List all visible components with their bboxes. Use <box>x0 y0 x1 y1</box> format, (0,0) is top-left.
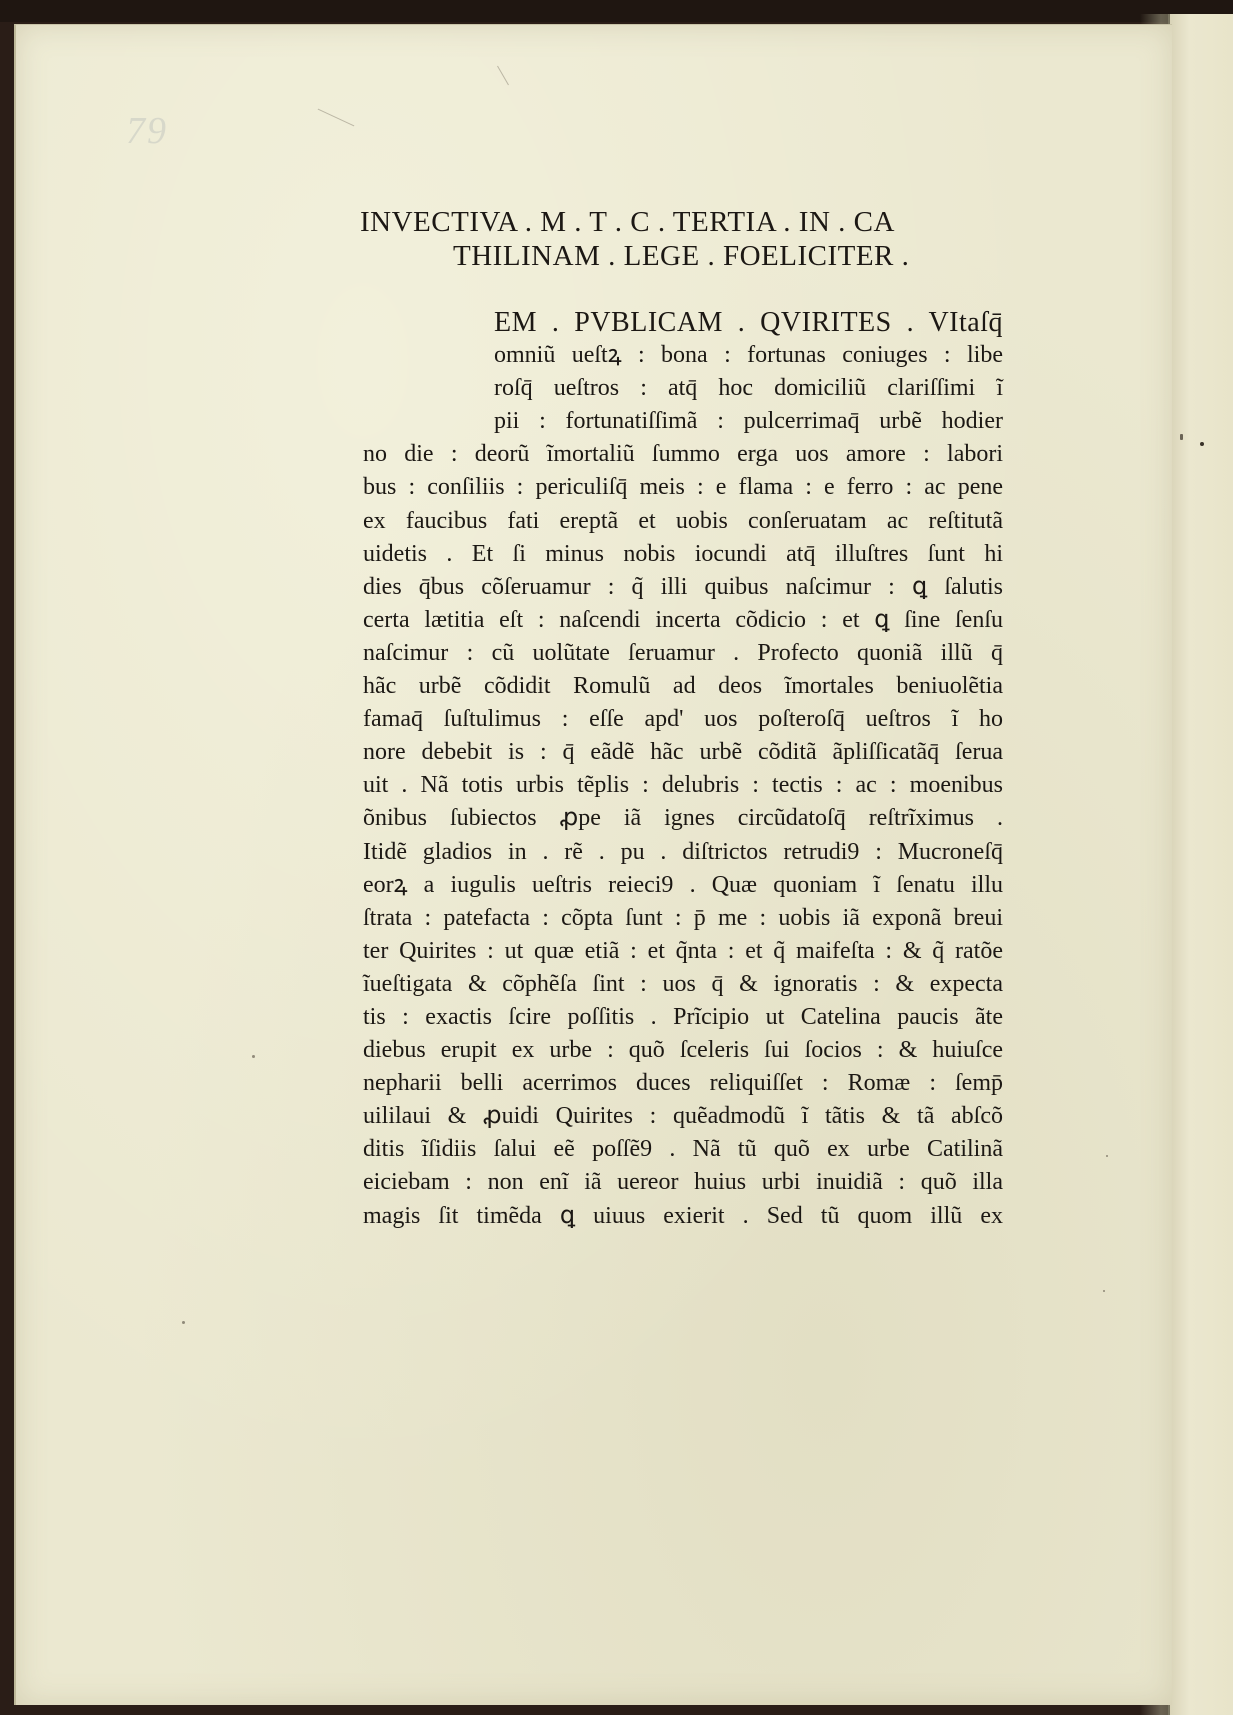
text-line: dies q̄bus cõſeruamur : q̃ illi quibus n… <box>363 571 1003 604</box>
title-line-2: THILINAM . LEGE . FOELICITER . <box>360 239 909 273</box>
title-line-1: INVECTIVA . M . T . C . TERTIA . IN . CA <box>360 205 909 239</box>
text-line: uit . Nã totis urbis tẽplis : delubris :… <box>363 769 1003 802</box>
text-line: magis ſit timẽda ꝗ uiuus exierit . Sed t… <box>363 1200 1003 1233</box>
text-line: ter Quirites : ut quæ etiã : et q̃nta : … <box>363 935 1003 968</box>
text-line: eorꝝ a iugulis ueſtris reieci9 . Quæ quo… <box>363 869 1003 902</box>
page-speck <box>1103 1290 1105 1292</box>
text-line: famaq̄ ſuſtulimus : eſſe apd' uos poſter… <box>363 703 1003 736</box>
text-line: uidetis . Et ſi minus nobis iocundi atq̄… <box>363 538 1003 571</box>
text-line: eiciebam : non enĩ iã uereor huius urbi … <box>363 1166 1003 1199</box>
scan-top-edge <box>0 0 1233 22</box>
text-line: pii : fortunatiſſimã : pulcerrimaq̄ urbẽ… <box>494 405 1003 438</box>
text-line: EM . PVBLICAM . QVIRITES . VItaſq̄ <box>494 306 1003 339</box>
page-speck <box>182 1321 185 1324</box>
page-speck <box>1180 434 1183 440</box>
page-speck <box>1200 442 1204 446</box>
paper-scratch <box>497 66 509 86</box>
text-line: certa lætitia eſt : naſcendi incerta cõd… <box>363 604 1003 637</box>
facing-page-edge <box>1168 14 1233 1715</box>
text-line: tis : exactis ſcire poſſitis . Prĩcipio … <box>363 1001 1003 1034</box>
text-line: omniũ ueſtꝝ : bona : fortunas coniuges :… <box>494 339 1003 372</box>
text-line: bus : conſiliis : periculiſq̄ meis : e f… <box>363 471 1003 504</box>
text-line: naſcimur : cũ uolũtate ſeruamur . Profec… <box>363 637 1003 670</box>
page-speck <box>252 1055 255 1058</box>
paper-scratch <box>318 109 355 127</box>
text-line: ĩueſtigata & cõphẽſa ſint : uos q̄ & ign… <box>363 968 1003 1001</box>
body-text-block: EM . PVBLICAM . QVIRITES . VItaſq̄ omniũ… <box>363 306 1003 1233</box>
text-line: ditis ĩſidiis ſalui eẽ poſſẽ9 . Nã tũ qu… <box>363 1133 1003 1166</box>
text-line: Itidẽ gladios in . rẽ . pu . diſtrictos … <box>363 836 1003 869</box>
page-speck <box>1106 1155 1108 1157</box>
page-title: INVECTIVA . M . T . C . TERTIA . IN . CA… <box>360 205 909 273</box>
text-line: uililaui & ꝓuidi Quirites : quẽadmodũ ĩ … <box>363 1100 1003 1133</box>
text-line: ex faucibus fati ereptã et uobis conſeru… <box>363 505 1003 538</box>
text-line: no die : deorũ ĩmortaliũ ſummo erga uos … <box>363 438 1003 471</box>
text-line: ſtrata : patefacta : cõpta ſunt : p̄ me … <box>363 902 1003 935</box>
folio-number: 79 <box>126 109 168 153</box>
text-line: nore debebit is : q̄ eãdẽ hãc urbẽ cõdit… <box>363 736 1003 769</box>
text-line: hãc urbẽ cõdidit Romulũ ad deos ĩmortale… <box>363 670 1003 703</box>
text-line: roſq̄ ueſtros : atq̄ hoc domiciliũ clari… <box>494 372 1003 405</box>
text-line: diebus erupit ex urbe : quõ ſceleris ſui… <box>363 1034 1003 1067</box>
text-line: õnibus ſubiectos ꝓpe iã ignes circũdatoſ… <box>363 802 1003 835</box>
text-line: nepharii belli acerrimos duces reliquiſſ… <box>363 1067 1003 1100</box>
